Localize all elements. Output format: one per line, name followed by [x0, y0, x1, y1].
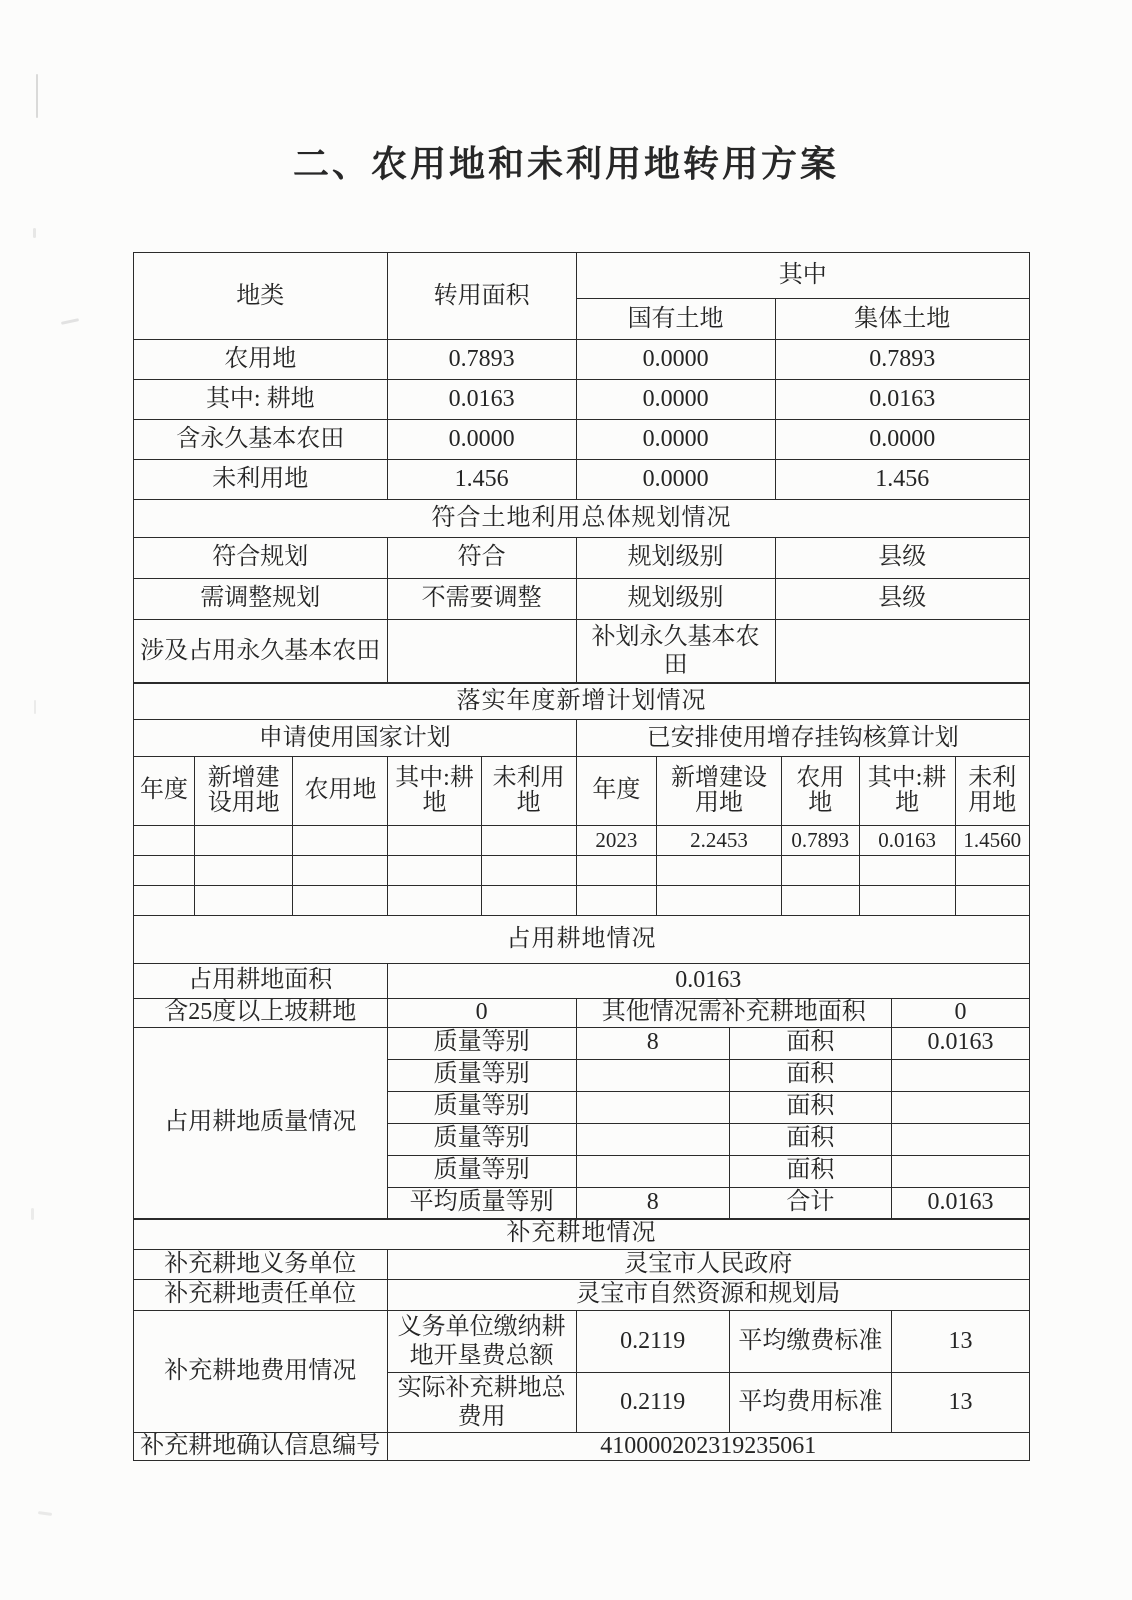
empty-cell: [955, 856, 1029, 886]
occupied-area-label: 占用耕地面积: [134, 963, 388, 998]
annual-plan-section-title: 落实年度新增计划情况: [134, 683, 1030, 720]
quality-grade-label: 质量等别: [387, 1059, 576, 1091]
slope-land-value: 0: [387, 998, 576, 1027]
table-row: 年度 新增建设用地 农用地 其中:耕地 未利用地 年度 新增建设用地 农用地 其…: [134, 757, 1030, 826]
fee-standard-value: 13: [891, 1373, 1029, 1433]
quality-grade-value: 8: [576, 1027, 729, 1059]
plan-level-label: 规划级别: [576, 537, 775, 578]
empty-cell: [293, 856, 388, 886]
table-row: 含永久基本农田 0.0000 0.0000 0.0000: [134, 420, 1030, 460]
empty-cell: [293, 886, 388, 916]
row-agricultural-label: 农用地: [134, 340, 388, 380]
slope-land-label: 含25度以上坡耕地: [134, 998, 388, 1027]
stock-col-cultivated: 其中:耕地: [859, 757, 955, 826]
obligation-unit-label: 补充耕地义务单位: [134, 1250, 388, 1280]
replan-basic-farmland-label: 补划永久基本农田: [576, 619, 775, 683]
stock-col-unused: 未利用地: [955, 757, 1029, 826]
scan-artifact: [36, 74, 38, 118]
stock-unused-value: 1.4560: [955, 826, 1029, 856]
table-row: 农用地 0.7893 0.0000 0.7893: [134, 340, 1030, 380]
table-row: 2023 2.2453 0.7893 0.0163 1.4560: [134, 826, 1030, 856]
national-col-year: 年度: [134, 757, 195, 826]
table-row: [134, 886, 1030, 916]
scan-artifact: [33, 228, 36, 238]
table-row: 补充耕地义务单位 灵宝市人民政府: [134, 1250, 1030, 1280]
row-agricultural-state: 0.0000: [576, 340, 775, 380]
row-cultivated-collective: 0.0163: [775, 380, 1029, 420]
header-land-type: 地类: [134, 253, 388, 340]
row-basic-farmland-area: 0.0000: [387, 420, 576, 460]
quality-grade-value: [576, 1123, 729, 1155]
responsible-unit-label: 补充耕地责任单位: [134, 1280, 388, 1311]
stock-agricultural-value: 0.7893: [781, 826, 859, 856]
national-col-cultivated: 其中:耕地: [388, 757, 481, 826]
header-collective-land: 集体土地: [775, 299, 1029, 340]
stock-plan-title: 已安排使用增存挂钩核算计划: [576, 720, 1029, 757]
quality-area-value: [891, 1059, 1029, 1091]
supplement-land-section: 补充耕地情况 补充耕地义务单位 灵宝市人民政府 补充耕地责任单位 灵宝市自然资源…: [133, 1218, 1030, 1461]
table-row: 未利用地 1.456 0.0000 1.456: [134, 460, 1030, 500]
empty-cell: [859, 856, 955, 886]
table-row: 符合规划 符合 规划级别 县级: [134, 537, 1030, 578]
quality-group-label: 占用耕地质量情况: [134, 1027, 388, 1219]
national-plan-title: 申请使用国家计划: [134, 720, 577, 757]
occupied-section-title: 占用耕地情况: [134, 915, 1030, 963]
land-conversion-section: 地类 转用面积 其中 国有土地 集体土地 农用地 0.7893 0.0000 0…: [133, 252, 1030, 500]
quality-grade-value: [576, 1091, 729, 1123]
payment-standard-label: 平均缴费标准: [729, 1311, 891, 1373]
stock-col-agricultural: 农用地: [781, 757, 859, 826]
national-year-value: [134, 826, 195, 856]
table-row: 申请使用国家计划 已安排使用增存挂钩核算计划: [134, 720, 1030, 757]
plan-adjust-value: 不需要调整: [387, 578, 576, 619]
quality-total-value: 0.0163: [891, 1187, 1029, 1219]
table-row: 其中: 耕地 0.0163 0.0000 0.0163: [134, 380, 1030, 420]
scan-artifact: [38, 1511, 52, 1516]
quality-grade-label: 质量等别: [387, 1155, 576, 1187]
other-supplement-value: 0: [891, 998, 1029, 1027]
header-of-which: 其中: [576, 253, 1029, 299]
quality-area-label: 面积: [729, 1155, 891, 1187]
row-unused-label: 未利用地: [134, 460, 388, 500]
row-basic-farmland-label: 含永久基本农田: [134, 420, 388, 460]
quality-grade-value: [576, 1155, 729, 1187]
empty-cell: [134, 886, 195, 916]
table-row: 需调整规划 不需要调整 规划级别 县级: [134, 578, 1030, 619]
national-cultivated-value: [388, 826, 481, 856]
scan-artifact: [31, 1208, 34, 1220]
national-unused-value: [481, 826, 576, 856]
quality-area-value: [891, 1091, 1029, 1123]
row-cultivated-state: 0.0000: [576, 380, 775, 420]
table-row: 占用耕地质量情况 质量等别 8 面积 0.0163: [134, 1027, 1030, 1059]
quality-grade-label: 质量等别: [387, 1091, 576, 1123]
occupied-area-value: 0.0163: [387, 963, 1029, 998]
stock-col-year: 年度: [576, 757, 657, 826]
fee-standard-label: 平均费用标准: [729, 1373, 891, 1433]
empty-cell: [388, 886, 481, 916]
plan-adjust-level-value: 县级: [775, 578, 1029, 619]
conversion-form-table: 地类 转用面积 其中 国有土地 集体土地 农用地 0.7893 0.0000 0…: [133, 252, 1030, 1461]
scan-artifact: [34, 700, 36, 714]
reclamation-fee-value: 0.2119: [576, 1311, 729, 1373]
row-cultivated-area: 0.0163: [387, 380, 576, 420]
empty-cell: [781, 886, 859, 916]
empty-cell: [576, 886, 657, 916]
empty-cell: [194, 856, 293, 886]
row-agricultural-area: 0.7893: [387, 340, 576, 380]
actual-fee-label: 实际补充耕地总费用: [387, 1373, 576, 1433]
table-row: [134, 856, 1030, 886]
row-agricultural-collective: 0.7893: [775, 340, 1029, 380]
quality-area-value: [891, 1155, 1029, 1187]
occupied-land-section: 占用耕地情况 占用耕地面积 0.0163 含25度以上坡耕地 0 其他情况需补充…: [133, 915, 1030, 1220]
supplement-section-title: 补充耕地情况: [134, 1219, 1030, 1250]
other-supplement-label: 其他情况需补充耕地面积: [576, 998, 891, 1027]
national-agricultural-value: [293, 826, 388, 856]
average-grade-value: 8: [576, 1187, 729, 1219]
quality-area-value: [891, 1123, 1029, 1155]
empty-cell: [955, 886, 1029, 916]
planning-compliance-section: 符合土地利用总体规划情况 符合规划 符合 规划级别 县级 需调整规划 不需要调整…: [133, 499, 1030, 684]
table-row: 涉及占用永久基本农田 补划永久基本农田: [134, 619, 1030, 683]
empty-cell: [657, 856, 782, 886]
quality-area-label: 面积: [729, 1091, 891, 1123]
table-row: 占用耕地面积 0.0163: [134, 963, 1030, 998]
plan-level-value: 县级: [775, 537, 1029, 578]
quality-grade-label: 质量等别: [387, 1123, 576, 1155]
empty-cell: [657, 886, 782, 916]
empty-cell: [576, 856, 657, 886]
actual-fee-value: 0.2119: [576, 1373, 729, 1433]
national-col-new-construction: 新增建设用地: [194, 757, 293, 826]
plan-adjust-level-label: 规划级别: [576, 578, 775, 619]
occupy-basic-farmland-value: [387, 619, 576, 683]
empty-cell: [134, 856, 195, 886]
responsible-unit-value: 灵宝市自然资源和规划局: [387, 1280, 1029, 1311]
empty-cell: [481, 886, 576, 916]
obligation-unit-value: 灵宝市人民政府: [387, 1250, 1029, 1280]
row-unused-state: 0.0000: [576, 460, 775, 500]
stock-col-new-construction: 新增建设用地: [657, 757, 782, 826]
row-unused-area: 1.456: [387, 460, 576, 500]
confirm-number-value: 410000202319235061: [387, 1433, 1029, 1461]
table-row: 含25度以上坡耕地 0 其他情况需补充耕地面积 0: [134, 998, 1030, 1027]
plan-conform-value: 符合: [387, 537, 576, 578]
national-col-unused: 未利用地: [481, 757, 576, 826]
table-row: 落实年度新增计划情况: [134, 683, 1030, 720]
row-cultivated-label: 其中: 耕地: [134, 380, 388, 420]
quality-area-label: 面积: [729, 1027, 891, 1059]
table-row: 补充耕地确认信息编号 410000202319235061: [134, 1433, 1030, 1461]
table-row: 符合土地利用总体规划情况: [134, 499, 1030, 537]
table-row: 补充耕地情况: [134, 1219, 1030, 1250]
document-page: 二、农用地和未利用地转用方案 地类 转用面积 其中 国有土地 集体土地 农用地 …: [0, 0, 1132, 1600]
stock-new-construction-value: 2.2453: [657, 826, 782, 856]
table-row: 占用耕地情况: [134, 915, 1030, 963]
average-grade-label: 平均质量等别: [387, 1187, 576, 1219]
empty-cell: [194, 886, 293, 916]
national-new-construction-value: [194, 826, 293, 856]
annual-plan-section: 落实年度新增计划情况 申请使用国家计划 已安排使用增存挂钩核算计划 年度 新增建…: [133, 682, 1030, 916]
table-row: 补充耕地责任单位 灵宝市自然资源和规划局: [134, 1280, 1030, 1311]
planning-section-title: 符合土地利用总体规划情况: [134, 499, 1030, 537]
national-col-agricultural: 农用地: [293, 757, 388, 826]
row-unused-collective: 1.456: [775, 460, 1029, 500]
quality-grade-value: [576, 1059, 729, 1091]
replan-basic-farmland-value: [775, 619, 1029, 683]
scan-artifact: [61, 318, 79, 325]
plan-conform-label: 符合规划: [134, 537, 388, 578]
empty-cell: [388, 856, 481, 886]
header-state-owned-land: 国有土地: [576, 299, 775, 340]
quality-area-label: 面积: [729, 1123, 891, 1155]
empty-cell: [859, 886, 955, 916]
quality-total-label: 合计: [729, 1187, 891, 1219]
stock-year-value: 2023: [576, 826, 657, 856]
empty-cell: [481, 856, 576, 886]
quality-area-label: 面积: [729, 1059, 891, 1091]
table-row: 补充耕地费用情况 义务单位缴纳耕地开垦费总额 0.2119 平均缴费标准 13: [134, 1311, 1030, 1373]
row-basic-farmland-collective: 0.0000: [775, 420, 1029, 460]
plan-adjust-label: 需调整规划: [134, 578, 388, 619]
table-row: 地类 转用面积 其中: [134, 253, 1030, 299]
stock-cultivated-value: 0.0163: [859, 826, 955, 856]
payment-standard-value: 13: [891, 1311, 1029, 1373]
row-basic-farmland-state: 0.0000: [576, 420, 775, 460]
page-title: 二、农用地和未利用地转用方案: [0, 136, 1132, 187]
confirm-number-label: 补充耕地确认信息编号: [134, 1433, 388, 1461]
empty-cell: [781, 856, 859, 886]
occupy-basic-farmland-label: 涉及占用永久基本农田: [134, 619, 388, 683]
header-conversion-area: 转用面积: [387, 253, 576, 340]
reclamation-fee-label: 义务单位缴纳耕地开垦费总额: [387, 1311, 576, 1373]
quality-area-value: 0.0163: [891, 1027, 1029, 1059]
quality-grade-label: 质量等别: [387, 1027, 576, 1059]
fee-group-label: 补充耕地费用情况: [134, 1311, 388, 1433]
